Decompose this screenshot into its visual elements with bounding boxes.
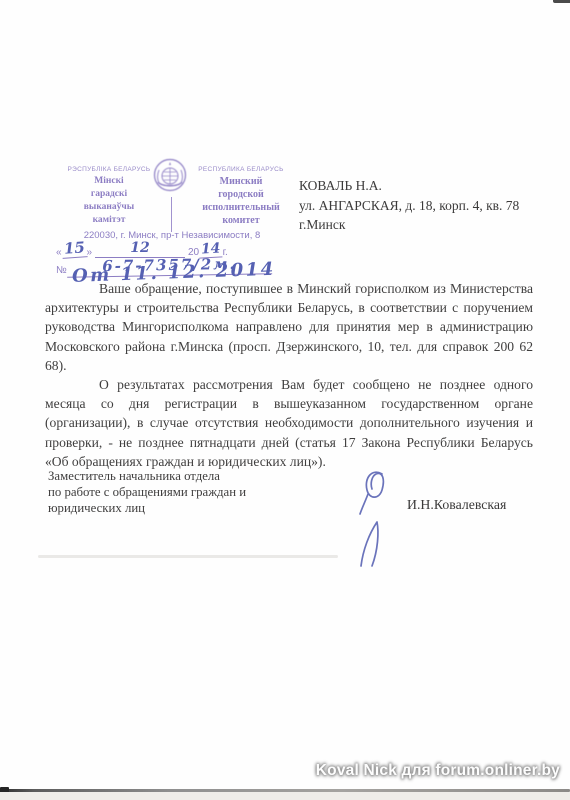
scan-bottom-strip <box>0 792 570 800</box>
recipient-block: КОВАЛЬ Н.А. ул. АНГАРСКАЯ, д. 18, корп. … <box>299 176 519 235</box>
letter-body: Ваше обращение, поступившее в Минский го… <box>45 279 533 471</box>
body-paragraph-1: Ваше обращение, поступившее в Минский го… <box>45 279 533 375</box>
letterhead-right-column: РЕСПУБЛИКА БЕЛАРУСЬ Минский городской ис… <box>180 166 302 227</box>
country-label-by: РЭСПУБЛІКА БЕЛАРУСЬ <box>50 166 168 173</box>
scan-corner-mark <box>553 0 570 3</box>
handwritten-month: 12 <box>130 240 149 256</box>
committee-name-by-line3: выканаўчы <box>50 201 168 214</box>
committee-name-ru-line2: городской <box>180 188 302 201</box>
handwritten-signature <box>352 466 396 568</box>
committee-name-ru-line4: комитет <box>180 214 302 227</box>
signer-post-line2: по работе с обращениями граждан и <box>48 484 246 500</box>
body-paragraph-2: О результатах рассмотрения Вам будет соо… <box>45 375 533 471</box>
signer-post-line1: Заместитель начальника отдела <box>48 468 246 484</box>
number-label: № <box>56 265 67 276</box>
letterhead-left-column: РЭСПУБЛІКА БЕЛАРУСЬ Мінскі гарадскі выка… <box>50 166 168 227</box>
committee-name-by-line2: гарадскі <box>50 188 168 201</box>
letterhead-column-divider <box>171 197 172 232</box>
committee-name-by-line1: Мінскі <box>50 175 168 188</box>
committee-name-ru-line1: Минский <box>180 175 302 188</box>
committee-name-by-line4: камітэт <box>50 214 168 227</box>
committee-name-ru-line3: исполнительный <box>180 201 302 214</box>
country-label-ru: РЕСПУБЛИКА БЕЛАРУСЬ <box>180 166 302 173</box>
signer-post-block: Заместитель начальника отдела по работе … <box>48 468 246 517</box>
recipient-city: г.Минск <box>299 215 519 235</box>
signer-name: И.Н.Ковалевская <box>407 497 506 513</box>
scan-smudge <box>38 555 338 558</box>
watermark-text: Koval Nick для forum.onliner.by <box>316 762 560 780</box>
recipient-name: КОВАЛЬ Н.А. <box>299 176 519 196</box>
signer-post-line3: юридических лиц <box>48 500 246 516</box>
recipient-street: ул. АНГАРСКАЯ, д. 18, корп. 4, кв. 78 <box>299 196 519 216</box>
scanned-letter-page: РЭСПУБЛІКА БЕЛАРУСЬ Мінскі гарадскі выка… <box>0 0 570 800</box>
